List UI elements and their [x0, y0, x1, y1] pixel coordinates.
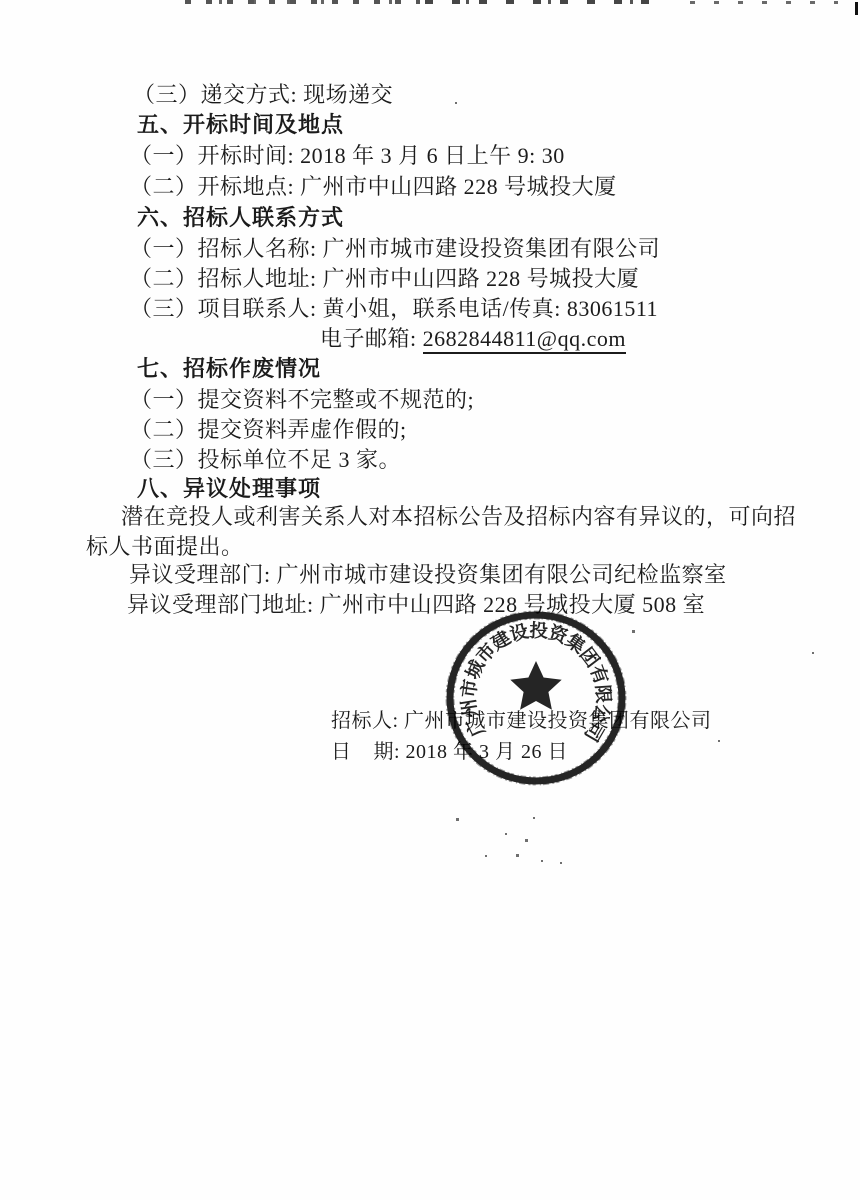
scan-speck — [455, 102, 457, 104]
scan-speck — [456, 818, 459, 821]
line-objection-paragraph-2: 标人书面提出。 — [86, 534, 244, 560]
line-submission-method: （三）递交方式: 现场递交 — [133, 82, 393, 108]
email-label: 电子邮箱: — [320, 326, 423, 351]
line-tenderer-address: （二）招标人地址: 广州市中山四路 228 号城投大厦 — [130, 266, 639, 292]
heading-section-7: 七、招标作废情况 — [137, 356, 321, 382]
line-invalid-case-3: （三）投标单位不足 3 家。 — [130, 447, 401, 473]
heading-section-6: 六、招标人联系方式 — [137, 205, 344, 231]
company-seal-stamp: 广州市城市建设投资集团有限公司 — [443, 608, 633, 793]
heading-section-5: 五、开标时间及地点 — [137, 112, 344, 138]
line-tenderer-name: （一）招标人名称: 广州市城市建设投资集团有限公司 — [130, 236, 660, 262]
scan-speck — [541, 860, 543, 862]
line-opening-place: （二）开标地点: 广州市中山四路 228 号城投大厦 — [130, 174, 617, 200]
scan-speck — [812, 652, 814, 654]
scan-speck — [485, 855, 487, 857]
scan-speck — [533, 817, 535, 819]
scan-speck — [505, 833, 507, 835]
heading-section-8: 八、异议处理事项 — [137, 476, 321, 502]
document-page: （三）递交方式: 现场递交 五、开标时间及地点 （一）开标时间: 2018 年 … — [0, 0, 860, 1200]
line-objection-paragraph-1: 潜在竞投人或利害关系人对本招标公告及招标内容有异议的，可向招 — [121, 504, 796, 530]
line-invalid-case-1: （一）提交资料不完整或不规范的; — [130, 387, 474, 413]
scan-noise-strip — [185, 0, 420, 4]
scan-speck — [525, 839, 528, 842]
line-objection-department: 异议受理部门: 广州市城市建设投资集团有限公司纪检监察室 — [129, 562, 727, 588]
email-address: 2682844811@qq.com — [423, 326, 626, 354]
scan-noise-tick — [855, 2, 858, 15]
line-opening-time: （一）开标时间: 2018 年 3 月 6 日上午 9: 30 — [130, 143, 565, 169]
star-icon — [510, 661, 561, 710]
scan-speck — [560, 862, 562, 864]
line-invalid-case-2: （二）提交资料弄虚作假的; — [130, 417, 407, 443]
scan-speck — [718, 740, 720, 742]
line-email: 电子邮箱: 2682844811@qq.com — [320, 326, 626, 352]
scan-noise-strip — [690, 1, 838, 4]
scan-speck — [516, 854, 519, 857]
line-project-contact: （三）项目联系人: 黄小姐，联系电话/传真: 83061511 — [130, 296, 658, 322]
scan-noise-strip — [425, 0, 665, 4]
